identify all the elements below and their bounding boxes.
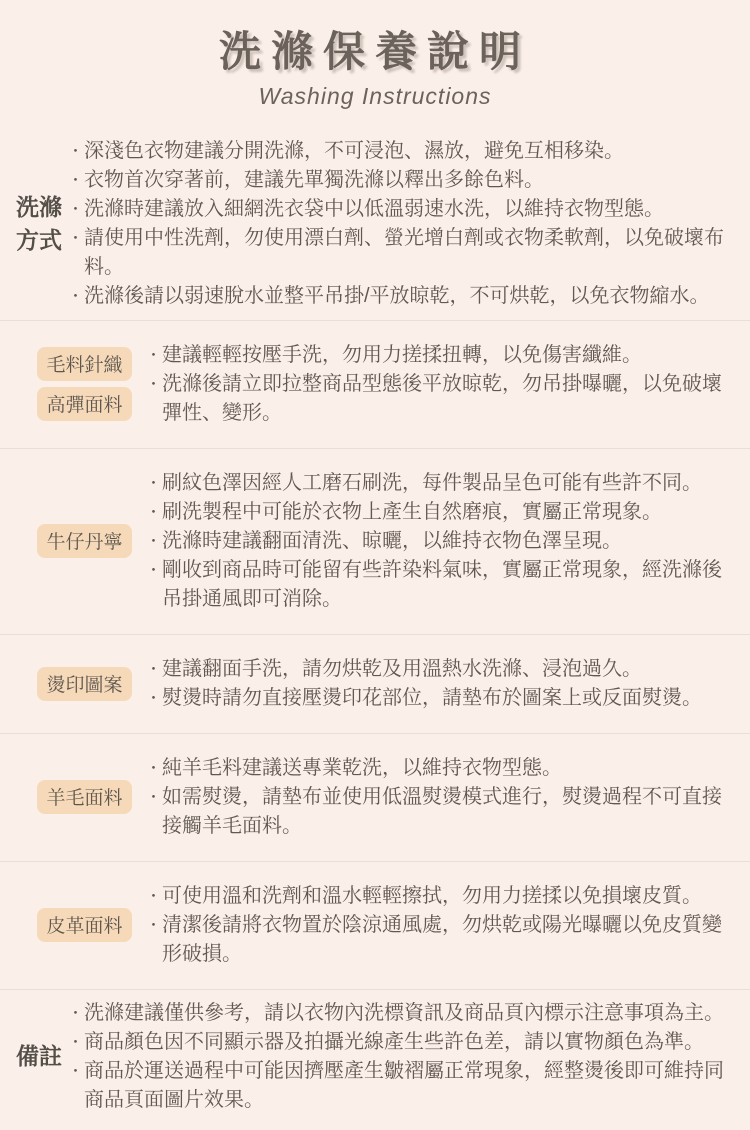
list-item: ・純羊毛料建議送專業乾洗，以維持衣物型態。 [146, 754, 736, 783]
list-item: ・洗滌時建議翻面清洗、晾曬，以維持衣物色澤呈現。 [146, 527, 736, 556]
page-header: 洗滌保養說明 Washing Instructions [0, 0, 750, 128]
list-item: ・刷洗製程中可能於衣物上產生自然磨痕，實屬正常現象。 [146, 498, 736, 527]
bullet-text: 純羊毛料建議送專業乾洗，以維持衣物型態。 [162, 754, 736, 783]
bullet-dot: ・ [146, 655, 162, 684]
badge-column: 毛料針織 高彈面料 [37, 347, 132, 421]
bullet-text: 清潔後請將衣物置於陰涼通風處，勿烘乾或陽光曝曬以免皮質變形破損。 [162, 911, 736, 969]
bullet-text: 衣物首次穿著前，建議先單獨洗滌以釋出多餘色料。 [84, 166, 736, 195]
fabric-badge: 皮革面料 [37, 908, 132, 942]
bullet-dot: ・ [68, 195, 84, 224]
list-item: ・如需熨燙，請墊布並使用低溫熨燙模式進行，熨燙過程不可直接接觸羊毛面料。 [146, 783, 736, 841]
section-label: 洗滌方式 [16, 191, 64, 255]
bullet-list: ・深淺色衣物建議分開洗滌，不可浸泡、濕放，避免互相移染。 ・衣物首次穿著前，建議… [68, 137, 736, 311]
badge-column: 羊毛面料 [37, 780, 132, 814]
page-title: 洗滌保養說明 [0, 26, 750, 79]
section-wool-knit-stretch: 毛料針織 高彈面料 ・建議輕輕按壓手洗，勿用力搓揉扭轉，以免傷害纖維。 ・洗滌後… [0, 320, 750, 448]
badge-column: 燙印圖案 [37, 667, 132, 701]
page-subtitle: Washing Instructions [0, 83, 750, 110]
list-item: ・剛收到商品時可能留有些許染料氣味，實屬正常現象，經洗滌後吊掛通風即可消除。 [146, 556, 736, 614]
bullet-dot: ・ [146, 911, 162, 969]
bullet-text: 如需熨燙，請墊布並使用低溫熨燙模式進行，熨燙過程不可直接接觸羊毛面料。 [162, 783, 736, 841]
fabric-badge: 羊毛面料 [37, 780, 132, 814]
bullet-dot: ・ [146, 498, 162, 527]
bullet-text: 洗滌後請以弱速脫水並整平吊掛/平放晾乾，不可烘乾，以免衣物縮水。 [84, 282, 736, 311]
list-item: ・商品顏色因不同顯示器及拍攝光線產生些許色差，請以實物顏色為準。 [68, 1028, 736, 1057]
list-item: ・衣物首次穿著前，建議先單獨洗滌以釋出多餘色料。 [68, 166, 736, 195]
list-item: ・可使用溫和洗劑和溫水輕輕擦拭，勿用力搓揉以免損壞皮質。 [146, 882, 736, 911]
bullet-list: ・洗滌建議僅供參考，請以衣物內洗標資訊及商品頁內標示注意事項為主。 ・商品顏色因… [68, 999, 736, 1115]
section-washing-method: 洗滌方式 ・深淺色衣物建議分開洗滌，不可浸泡、濕放，避免互相移染。 ・衣物首次穿… [0, 128, 750, 320]
bullet-dot: ・ [146, 527, 162, 556]
bullet-text: 請使用中性洗劑，勿使用漂白劑、螢光增白劑或衣物柔軟劑，以免破壞布料。 [84, 224, 736, 282]
list-item: ・刷紋色澤因經人工磨石刷洗，每件製品呈色可能有些許不同。 [146, 469, 736, 498]
bullet-dot: ・ [68, 999, 84, 1028]
bullet-list: ・可使用溫和洗劑和溫水輕輕擦拭，勿用力搓揉以免損壞皮質。 ・清潔後請將衣物置於陰… [146, 882, 736, 969]
bullet-dot: ・ [146, 882, 162, 911]
bullet-list: ・刷紋色澤因經人工磨石刷洗，每件製品呈色可能有些許不同。 ・刷洗製程中可能於衣物… [146, 469, 736, 614]
bullet-text: 洗滌後請立即拉整商品型態後平放晾乾，勿吊掛曝曬，以免破壞彈性、變形。 [162, 370, 736, 428]
bullet-list: ・建議輕輕按壓手洗，勿用力搓揉扭轉，以免傷害纖維。 ・洗滌後請立即拉整商品型態後… [146, 341, 736, 428]
bullet-text: 洗滌時建議翻面清洗、晾曬，以維持衣物色澤呈現。 [162, 527, 736, 556]
list-item: ・洗滌後請立即拉整商品型態後平放晾乾，勿吊掛曝曬，以免破壞彈性、變形。 [146, 370, 736, 428]
fabric-badge: 毛料針織 [37, 347, 132, 381]
badge-column: 牛仔丹寧 [37, 524, 132, 558]
bullet-dot: ・ [146, 754, 162, 783]
list-item: ・洗滌建議僅供參考，請以衣物內洗標資訊及商品頁內標示注意事項為主。 [68, 999, 736, 1028]
bullet-dot: ・ [146, 783, 162, 841]
bullet-text: 商品於運送過程中可能因擠壓產生皺褶屬正常現象，經整燙後即可維持同商品頁面圖片效果… [84, 1057, 736, 1115]
bullet-dot: ・ [146, 469, 162, 498]
bullet-text: 洗滌建議僅供參考，請以衣物內洗標資訊及商品頁內標示注意事項為主。 [84, 999, 736, 1028]
bullet-dot: ・ [146, 556, 162, 614]
washing-instructions-page: 洗滌保養說明 Washing Instructions 洗滌方式 ・深淺色衣物建… [0, 0, 750, 1124]
list-item: ・商品於運送過程中可能因擠壓產生皺褶屬正常現象，經整燙後即可維持同商品頁面圖片效… [68, 1057, 736, 1115]
list-item: ・請使用中性洗劑，勿使用漂白劑、螢光增白劑或衣物柔軟劑，以免破壞布料。 [68, 224, 736, 282]
bullet-text: 建議翻面手洗，請勿烘乾及用溫熱水洗滌、浸泡過久。 [162, 655, 736, 684]
bullet-dot: ・ [68, 137, 84, 166]
list-item: ・熨燙時請勿直接壓燙印花部位，請墊布於圖案上或反面熨燙。 [146, 684, 736, 713]
bullet-list: ・建議翻面手洗，請勿烘乾及用溫熱水洗滌、浸泡過久。 ・熨燙時請勿直接壓燙印花部位… [146, 655, 736, 713]
fabric-badge: 燙印圖案 [37, 667, 132, 701]
bullet-text: 可使用溫和洗劑和溫水輕輕擦拭，勿用力搓揉以免損壞皮質。 [162, 882, 736, 911]
section-leather: 皮革面料 ・可使用溫和洗劑和溫水輕輕擦拭，勿用力搓揉以免損壞皮質。 ・清潔後請將… [0, 861, 750, 989]
bullet-text: 洗滌時建議放入細網洗衣袋中以低溫弱速水洗，以維持衣物型態。 [84, 195, 736, 224]
bullet-dot: ・ [68, 166, 84, 195]
list-item: ・建議翻面手洗，請勿烘乾及用溫熱水洗滌、浸泡過久。 [146, 655, 736, 684]
list-item: ・建議輕輕按壓手洗，勿用力搓揉扭轉，以免傷害纖維。 [146, 341, 736, 370]
bullet-text: 刷紋色澤因經人工磨石刷洗，每件製品呈色可能有些許不同。 [162, 469, 736, 498]
bullet-dot: ・ [68, 1057, 84, 1115]
bullet-text: 剛收到商品時可能留有些許染料氣味，實屬正常現象，經洗滌後吊掛通風即可消除。 [162, 556, 736, 614]
badge-column: 皮革面料 [37, 908, 132, 942]
bullet-text: 商品顏色因不同顯示器及拍攝光線產生些許色差，請以實物顏色為準。 [84, 1028, 736, 1057]
bullet-dot: ・ [68, 1028, 84, 1057]
bullet-text: 刷洗製程中可能於衣物上產生自然磨痕，實屬正常現象。 [162, 498, 736, 527]
section-notes: 備註 ・洗滌建議僅供參考，請以衣物內洗標資訊及商品頁內標示注意事項為主。 ・商品… [0, 989, 750, 1124]
bullet-dot: ・ [68, 224, 84, 282]
bullet-text: 深淺色衣物建議分開洗滌，不可浸泡、濕放，避免互相移染。 [84, 137, 736, 166]
bullet-list: ・純羊毛料建議送專業乾洗，以維持衣物型態。 ・如需熨燙，請墊布並使用低溫熨燙模式… [146, 754, 736, 841]
bullet-text: 建議輕輕按壓手洗，勿用力搓揉扭轉，以免傷害纖維。 [162, 341, 736, 370]
bullet-dot: ・ [68, 282, 84, 311]
list-item: ・清潔後請將衣物置於陰涼通風處，勿烘乾或陽光曝曬以免皮質變形破損。 [146, 911, 736, 969]
section-heat-print: 燙印圖案 ・建議翻面手洗，請勿烘乾及用溫熱水洗滌、浸泡過久。 ・熨燙時請勿直接壓… [0, 634, 750, 733]
list-item: ・洗滌後請以弱速脫水並整平吊掛/平放晾乾，不可烘乾，以免衣物縮水。 [68, 282, 736, 311]
fabric-badge: 高彈面料 [37, 387, 132, 421]
section-wool-fabric: 羊毛面料 ・純羊毛料建議送專業乾洗，以維持衣物型態。 ・如需熨燙，請墊布並使用低… [0, 733, 750, 861]
list-item: ・深淺色衣物建議分開洗滌，不可浸泡、濕放，避免互相移染。 [68, 137, 736, 166]
bullet-dot: ・ [146, 341, 162, 370]
list-item: ・洗滌時建議放入細網洗衣袋中以低溫弱速水洗，以維持衣物型態。 [68, 195, 736, 224]
section-denim: 牛仔丹寧 ・刷紋色澤因經人工磨石刷洗，每件製品呈色可能有些許不同。 ・刷洗製程中… [0, 448, 750, 634]
bullet-text: 熨燙時請勿直接壓燙印花部位，請墊布於圖案上或反面熨燙。 [162, 684, 736, 713]
bullet-dot: ・ [146, 684, 162, 713]
fabric-badge: 牛仔丹寧 [37, 524, 132, 558]
section-label: 備註 [16, 1040, 64, 1072]
bullet-dot: ・ [146, 370, 162, 428]
